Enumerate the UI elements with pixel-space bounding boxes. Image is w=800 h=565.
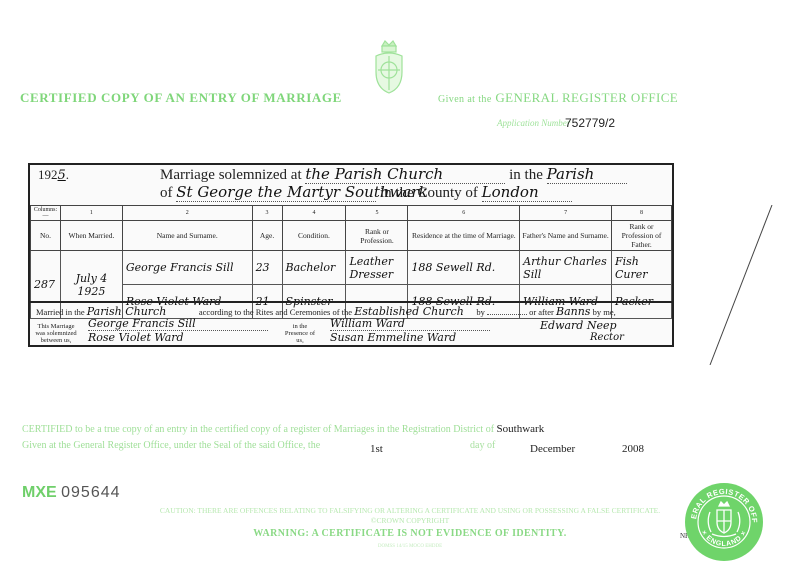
certification-month: December — [530, 443, 575, 455]
groom-father: Arthur Charles Sill — [520, 251, 612, 285]
groom-name: George Francis Sill — [122, 251, 252, 285]
certificate-serial: MXE 095644 — [22, 484, 121, 502]
certification-day: 1st — [370, 443, 383, 455]
presence-label: in the Presence of us, — [282, 323, 318, 344]
day-of-label: day of — [470, 440, 495, 451]
county-value: London — [482, 183, 572, 202]
groom-residence: 188 Sewell Rd. — [408, 251, 520, 285]
solemnization-block: Married in the Parish Church according t… — [30, 301, 672, 347]
groom-age: 23 — [252, 251, 282, 285]
col-num: 7 — [520, 206, 612, 221]
table-row: 287 July 4 1925 George Francis Sill 23 B… — [31, 251, 672, 285]
application-number-label: Application Number — [497, 118, 570, 128]
col-num: 5 — [346, 206, 408, 221]
cancel-line — [700, 205, 780, 365]
form-code: DOMSS 14/15 MOCO EHDDE — [150, 544, 670, 549]
col-num: 6 — [408, 206, 520, 221]
issuing-office: Given at the GENERAL REGISTER OFFICE — [438, 90, 678, 106]
col-header-age: Age. — [252, 221, 282, 251]
royal-coat-of-arms-icon — [372, 38, 406, 96]
witness-1: William Ward — [330, 317, 490, 331]
party-2: Rose Violet Ward — [88, 331, 268, 344]
application-number: 752779/2 — [565, 116, 615, 130]
venue-type: Parish — [547, 165, 627, 184]
col-header-name: Name and Surname. — [122, 221, 252, 251]
register-line-1: Marriage solemnized at the Parish Church… — [160, 165, 627, 184]
col-num: 3 — [252, 206, 282, 221]
col-num: 2 — [122, 206, 252, 221]
col-header-father-rank: Rank or Profession of Father. — [612, 221, 672, 251]
general-register-office-seal-icon: GENERAL REGISTER OFFICE × ENGLAND × — [684, 482, 764, 562]
witness-2: Susan Emmeline Ward — [330, 331, 490, 344]
solemnized-label: This Marriage was solemnized between us, — [34, 323, 78, 344]
col-header-rank: Rank or Profession. — [346, 221, 408, 251]
groom-father-rank: Fish Curer — [612, 251, 672, 285]
parish-value: St George the Martyr Southwark — [176, 183, 376, 202]
col-header-residence: Residence at the time of Marriage. — [408, 221, 520, 251]
register-entry: 1925. Marriage solemnized at the Parish … — [28, 163, 674, 347]
officiant-title: Rector — [590, 332, 624, 343]
officiant-name: Edward Neep — [540, 319, 617, 332]
groom-rank: Leather Dresser — [346, 251, 408, 285]
certification-line-2: Given at the General Register Office, un… — [22, 440, 320, 451]
register-year: 1925. — [38, 167, 69, 183]
groom-condition: Bachelor — [282, 251, 346, 285]
col-header-no: No. — [31, 221, 61, 251]
given-prefix: Given at the — [438, 94, 492, 105]
col-num: 4 — [282, 206, 346, 221]
col-header-father: Father's Name and Surname. — [520, 221, 612, 251]
col-header-when: When Married. — [60, 221, 122, 251]
office-name: GENERAL REGISTER OFFICE — [495, 90, 678, 105]
col-num: 1 — [60, 206, 122, 221]
certification-year: 2008 — [622, 443, 644, 455]
party-1: George Francis Sill — [88, 317, 268, 331]
certificate-title: CERTIFIED COPY OF AN ENTRY OF MARRIAGE — [20, 90, 342, 106]
venue-value: the Parish Church — [305, 165, 505, 184]
col-num: 8 — [612, 206, 672, 221]
registration-district: Southwark — [497, 423, 545, 435]
certification-line-1: CERTIFIED to be a true copy of an entry … — [22, 423, 544, 435]
identity-warning: WARNING: A CERTIFICATE IS NOT EVIDENCE O… — [150, 528, 670, 539]
register-line-2: of St George the Martyr Southwark in the… — [160, 183, 572, 202]
columns-label: Columns:— — [31, 206, 61, 221]
caution-notice: CAUTION: THERE ARE OFFENCES RELATING TO … — [150, 506, 670, 526]
col-header-condition: Condition. — [282, 221, 346, 251]
